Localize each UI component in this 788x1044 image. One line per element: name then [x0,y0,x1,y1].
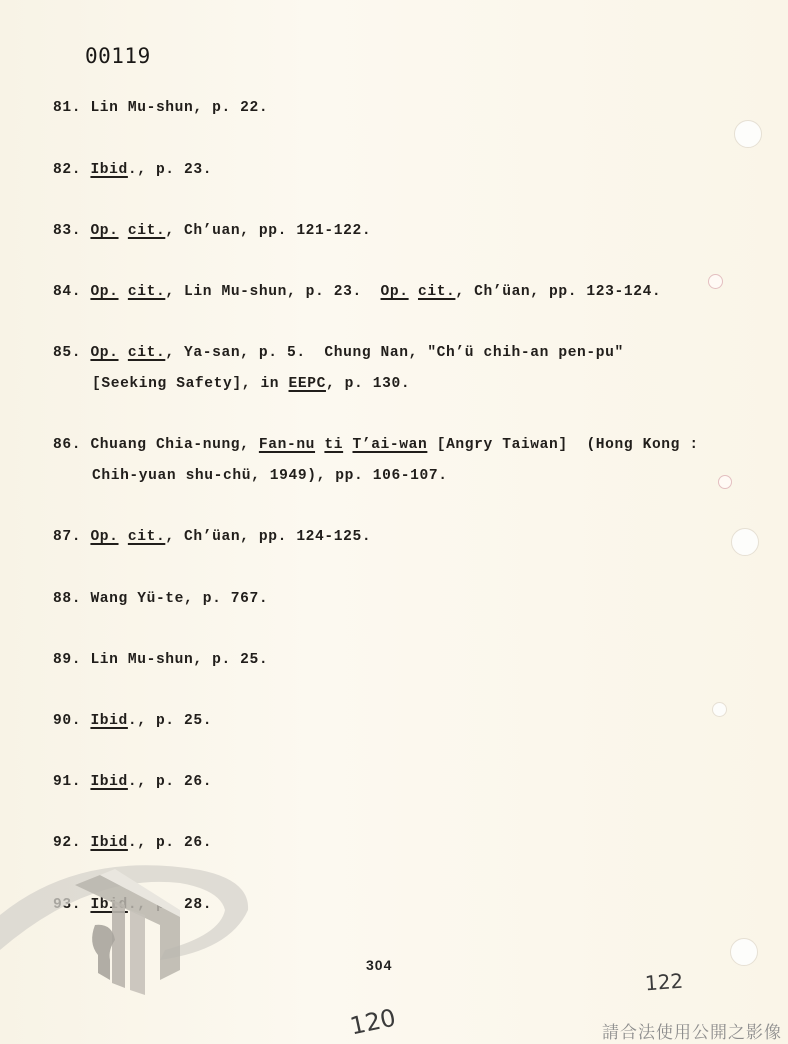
endnote-90: 90. Ibid., p. 25. [53,706,212,737]
endnote-number: 81. [53,100,90,116]
underlined-citation: cit. [128,284,165,300]
punch-hole-icon [708,274,723,289]
endnote-number: 93. [53,897,90,913]
endnote-89: 89. Lin Mu-shun, p. 25. [53,645,268,676]
citation-text: , Ch’uan, pp. 121-122. [165,223,371,239]
endnote-number: 91. [53,774,90,790]
endnote-line: 84. Op. cit., Lin Mu-shun, p. 23. Op. ci… [53,284,661,300]
endnote-84: 84. Op. cit., Lin Mu-shun, p. 23. Op. ci… [53,277,661,308]
underlined-citation: Op. [90,284,118,300]
underlined-citation: ti [324,437,343,453]
citation-text: , p. 130. [326,376,410,392]
endnote-line: 91. Ibid., p. 26. [53,774,212,790]
endnote-number: 92. [53,835,90,851]
underlined-citation: cit. [128,529,165,545]
punch-hole-icon [718,475,732,489]
endnote-88: 88. Wang Yü-te, p. 767. [53,584,268,615]
citation-text: Wang Yü-te, p. 767. [90,591,268,607]
endnote-85: 85. Op. cit., Ya-san, p. 5. Chung Nan, "… [53,338,624,400]
endnote-number: 82. [53,162,90,178]
citation-text [409,284,418,300]
underlined-citation: cit. [128,345,165,361]
citation-text [119,284,128,300]
endnote-number: 90. [53,713,90,729]
citation-text [119,345,128,361]
endnote-83: 83. Op. cit., Ch’uan, pp. 121-122. [53,216,371,247]
punch-hole-icon [712,702,727,717]
underlined-citation: cit. [418,284,455,300]
underlined-citation: Op. [90,529,118,545]
underlined-citation: Ibid [90,897,127,913]
underlined-citation: EEPC [289,376,326,392]
underlined-citation: Ibid [90,162,127,178]
endnote-line: 82. Ibid., p. 23. [53,162,212,178]
endnote-81: 81. Lin Mu-shun, p. 22. [53,93,268,124]
endnote-line: 88. Wang Yü-te, p. 767. [53,591,268,607]
handwritten-annotation: 122 [644,969,684,996]
underlined-citation: Ibid [90,835,127,851]
endnote-line: 85. Op. cit., Ya-san, p. 5. Chung Nan, "… [53,345,624,361]
citation-text: ., p. 25. [128,713,212,729]
citation-text: Lin Mu-shun, p. 22. [90,100,268,116]
citation-text: , Lin Mu-shun, p. 23. [165,284,380,300]
citation-text [315,437,324,453]
citation-text: Chuang Chia-nung, [90,437,258,453]
endnote-line: 81. Lin Mu-shun, p. 22. [53,100,268,116]
endnote-number: 87. [53,529,90,545]
endnote-continuation: Chih-yuan shu-chü, 1949), pp. 106-107. [53,461,699,492]
citation-text: [Seeking Safety], in [92,376,289,392]
citation-text [119,223,128,239]
archive-id-stamp: 00119 [85,44,151,68]
citation-text: ., p. 28. [128,897,212,913]
page-number: 304 [366,957,392,973]
citation-text [119,529,128,545]
endnote-line: 89. Lin Mu-shun, p. 25. [53,652,268,668]
endnote-number: 88. [53,591,90,607]
endnote-number: 85. [53,345,90,361]
citation-text: Lin Mu-shun, p. 25. [90,652,268,668]
endnote-line: 92. Ibid., p. 26. [53,835,212,851]
citation-text: , Ch’üan, pp. 124-125. [165,529,371,545]
underlined-citation: Ibid [90,713,127,729]
endnote-continuation: [Seeking Safety], in EEPC, p. 130. [53,369,624,400]
endnote-82: 82. Ibid., p. 23. [53,155,212,186]
underlined-citation: Op. [90,345,118,361]
endnote-line: 93. Ibid., p. 28. [53,897,212,913]
endnote-number: 83. [53,223,90,239]
citation-text: ., p. 23. [128,162,212,178]
endnote-line: 90. Ibid., p. 25. [53,713,212,729]
underlined-citation: Fan-nu [259,437,315,453]
endnote-93: 93. Ibid., p. 28. [53,890,212,921]
endnote-87: 87. Op. cit., Ch’üan, pp. 124-125. [53,522,371,553]
endnote-92: 92. Ibid., p. 26. [53,828,212,859]
endnote-86: 86. Chuang Chia-nung, Fan-nu ti T’ai-wan… [53,430,699,492]
endnote-91: 91. Ibid., p. 26. [53,767,212,798]
endnote-number: 86. [53,437,90,453]
endnote-line: 86. Chuang Chia-nung, Fan-nu ti T’ai-wan… [53,437,699,453]
underlined-citation: Op. [381,284,409,300]
punch-hole-icon [734,120,762,148]
punch-hole-icon [731,528,759,556]
endnote-number: 89. [53,652,90,668]
citation-text: ., p. 26. [128,835,212,851]
underlined-citation: Op. [90,223,118,239]
citation-text: ., p. 26. [128,774,212,790]
endnote-line: 83. Op. cit., Ch’uan, pp. 121-122. [53,223,371,239]
endnote-number: 84. [53,284,90,300]
citation-text: Chih-yuan shu-chü, 1949), pp. 106-107. [92,468,448,484]
citation-text: [Angry Taiwan] (Hong Kong : [427,437,698,453]
underlined-citation: T’ai-wan [352,437,427,453]
citation-text: , Ch’üan, pp. 123-124. [455,284,661,300]
underlined-citation: cit. [128,223,165,239]
endnote-line: 87. Op. cit., Ch’üan, pp. 124-125. [53,529,371,545]
punch-hole-icon [730,938,758,966]
citation-text: , Ya-san, p. 5. Chung Nan, "Ch’ü chih-an… [165,345,624,361]
footer-watermark: 請合法使用公開之影像 [602,1018,782,1043]
underlined-citation: Ibid [90,774,127,790]
